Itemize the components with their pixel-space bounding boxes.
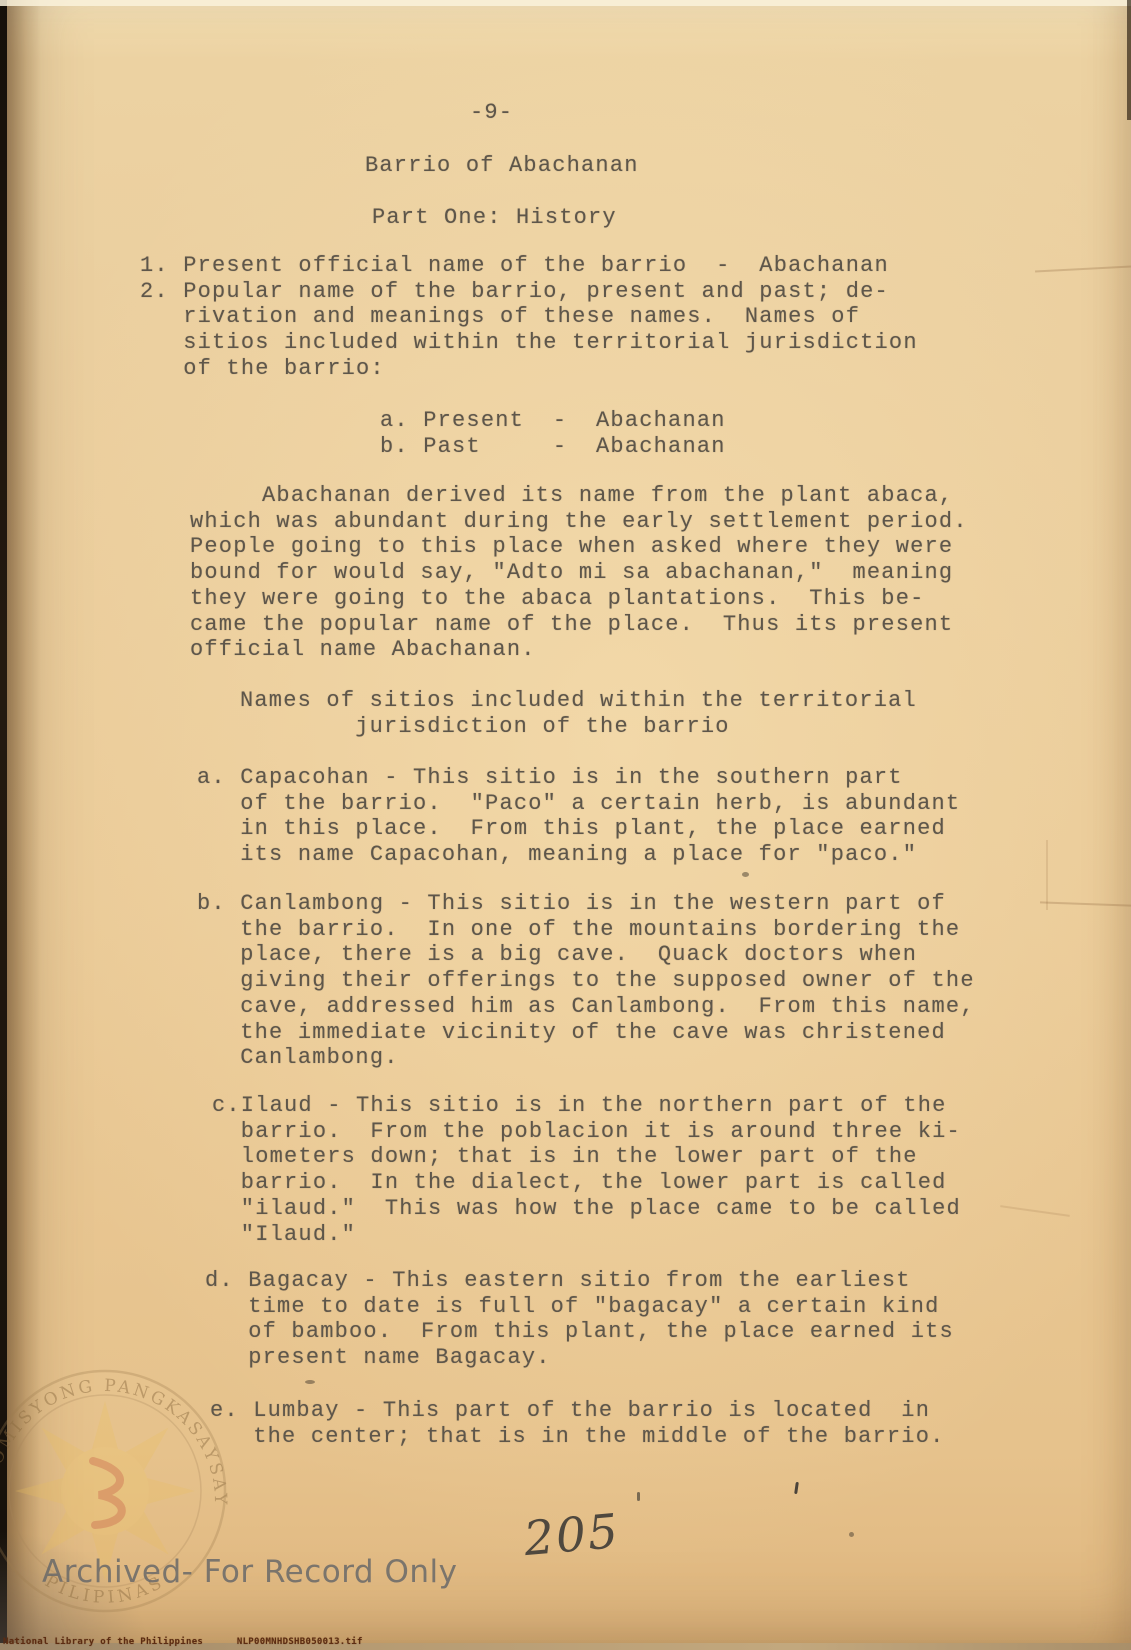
intro-paragraph: Abachanan derived its name from the plan… bbox=[190, 483, 968, 663]
paper-crease bbox=[1040, 901, 1131, 906]
sitio-lumbay: e. Lumbay - This part of the barrio is l… bbox=[210, 1398, 945, 1449]
scan-top-edge bbox=[0, 0, 1131, 6]
sitio-capacohan: a. Capacohan - This sitio is in the sout… bbox=[197, 765, 960, 868]
scan-footer: National Library of the Philippines NLP0… bbox=[3, 1637, 363, 1647]
archive-watermark: Archived- For Record Only bbox=[42, 1554, 457, 1590]
present-past-name-list: a. Present - Abachanan b. Past - Abachan… bbox=[380, 408, 726, 459]
paper-crease bbox=[1035, 265, 1131, 272]
ink-speck bbox=[305, 1380, 315, 1384]
sitio-section-heading: Names of sitios included within the terr… bbox=[240, 688, 917, 739]
footer-library-label: National Library of the Philippines bbox=[3, 1637, 203, 1647]
sitio-ilaud: c.Ilaud - This sitio is in the northern … bbox=[212, 1093, 961, 1247]
sitio-canlambong: b. Canlambong - This sitio is in the wes… bbox=[197, 891, 975, 1071]
paper-crease bbox=[1046, 840, 1048, 910]
document-title: Barrio of Abachanan bbox=[365, 153, 639, 179]
footer-filename: NLP00MNHDSHB050013.tif bbox=[237, 1637, 363, 1647]
pen-mark bbox=[637, 1492, 640, 1501]
part-heading: Part One: History bbox=[372, 205, 617, 231]
paper-crease bbox=[1000, 1205, 1070, 1217]
pen-mark bbox=[794, 1482, 799, 1494]
page-number: -9- bbox=[470, 100, 513, 126]
numbered-items: 1. Present official name of the barrio -… bbox=[140, 253, 918, 382]
sitio-bagacay: d. Bagacay - This eastern sitio from the… bbox=[205, 1268, 954, 1371]
archive-seal: KOMISYONG PANGKASAYSAYAN PILIPINAS bbox=[0, 1348, 248, 1634]
scan-right-edge bbox=[1127, 0, 1131, 120]
handwritten-page-number: 205 bbox=[522, 1504, 622, 1567]
scanned-document-page: KOMISYONG PANGKASAYSAYAN PILIPINAS -9- B… bbox=[0, 0, 1131, 1650]
pen-mark bbox=[849, 1532, 854, 1537]
ink-speck bbox=[742, 872, 749, 877]
